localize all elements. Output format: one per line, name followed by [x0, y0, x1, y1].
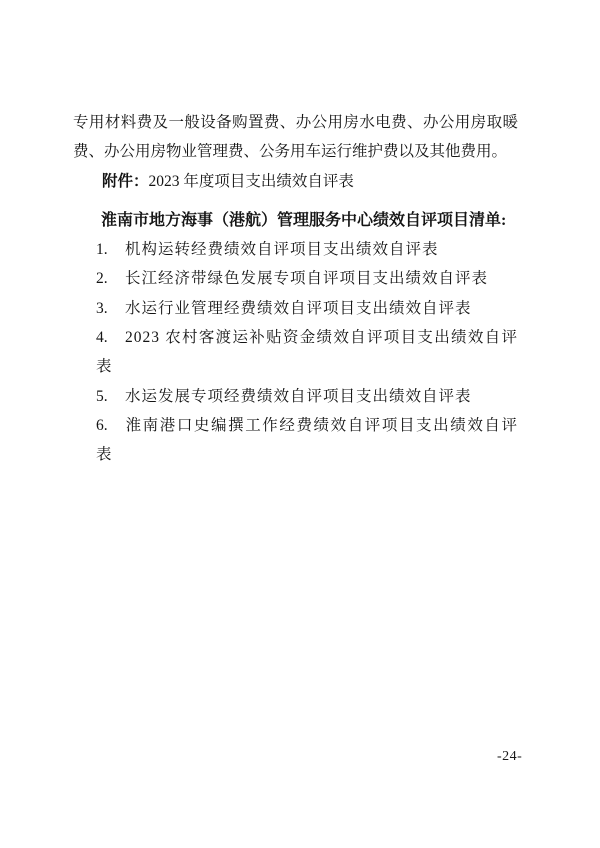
list-item-number: 2. [96, 264, 125, 293]
page-number: -24- [497, 749, 522, 765]
list-item: 2.长江经济带绿色发展专项自评项目支出绩效自评表 [73, 264, 518, 293]
list-item-continuation: 表 [73, 352, 518, 381]
attachment-label: 附件： [102, 173, 149, 190]
list-item-text: 水运发展专项经费绩效自评项目支出绩效自评表 [125, 388, 472, 405]
list-heading: 淮南市地方海事（港航）管理服务中心绩效自评项目清单: [73, 206, 518, 235]
list-item: 4.2023 农村客渡运补贴资金绩效自评项目支出绩效自评 [73, 323, 518, 352]
list-item-text: 淮南港口史编撰工作经费绩效自评项目支出绩效自评 [125, 417, 518, 434]
list-item-text: 长江经济带绿色发展专项自评项目支出绩效自评表 [125, 270, 488, 287]
list-item-text: 机构运转经费绩效自评项目支出绩效自评表 [125, 241, 439, 258]
list-item-text: 2023 农村客渡运补贴资金绩效自评项目支出绩效自评 [125, 329, 518, 346]
paragraph-line: 专用材料费及一般设备购置费、办公用房水电费、办公用房取暖 [73, 108, 518, 137]
list-item: 5.水运发展专项经费绩效自评项目支出绩效自评表 [73, 382, 518, 411]
list-item-number: 3. [96, 294, 125, 323]
list-item-text: 水运行业管理经费绩效自评项目支出绩效自评表 [125, 300, 472, 317]
list-item-number: 4. [96, 323, 125, 352]
document-page: 专用材料费及一般设备购置费、办公用房水电费、办公用房取暖 费、办公用房物业管理费… [0, 0, 600, 848]
list-item: 1.机构运转经费绩效自评项目支出绩效自评表 [73, 235, 518, 264]
self-evaluation-project-list: 1.机构运转经费绩效自评项目支出绩效自评表 2.长江经济带绿色发展专项自评项目支… [73, 235, 518, 469]
list-item: 3.水运行业管理经费绩效自评项目支出绩效自评表 [73, 294, 518, 323]
document-body: 专用材料费及一般设备购置费、办公用房水电费、办公用房取暖 费、办公用房物业管理费… [73, 108, 518, 470]
paragraph-line: 费、办公用房物业管理费、公务用车运行维护费以及其他费用。 [73, 137, 518, 166]
attachment-line: 附件：2023 年度项目支出绩效自评表 [73, 167, 518, 196]
list-item: 6.淮南港口史编撰工作经费绩效自评项目支出绩效自评 [73, 411, 518, 440]
list-item-number: 6. [96, 411, 125, 440]
list-item-number: 1. [96, 235, 125, 264]
list-item-number: 5. [96, 382, 125, 411]
list-item-continuation: 表 [73, 440, 518, 469]
attachment-title: 2023 年度项目支出绩效自评表 [149, 173, 354, 190]
